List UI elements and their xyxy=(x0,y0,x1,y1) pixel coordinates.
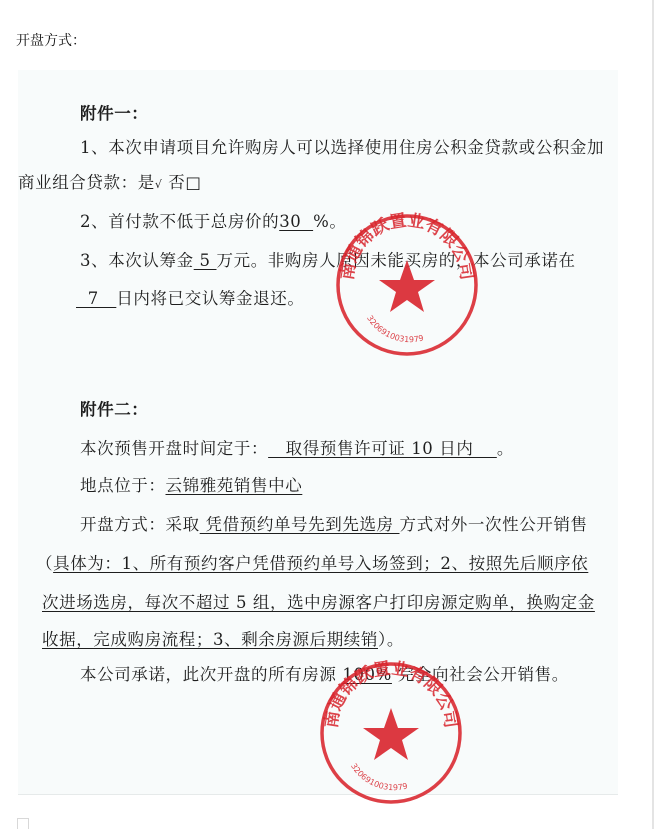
detail-line3: 收据，完成购房流程；3、剩余房源后期续销）。 xyxy=(42,626,404,650)
item1-no-label: 否 xyxy=(162,173,185,192)
down-payment-percent: 30 xyxy=(279,212,313,231)
location: 地点位于：云锦雅苑销售中心 xyxy=(80,472,302,496)
refund-days: 7 xyxy=(76,289,116,308)
attachment1-item1-line2: 商业组合贷款：是√ 否□ xyxy=(18,169,202,193)
detail-line1: （具体为：1、所有预约客户凭借预约单号入场签到；2、按照先后顺序依 xyxy=(36,550,588,574)
item1-prefix: 商业组合贷款：是 xyxy=(18,173,155,192)
detail-line2-text: 次进场选房，每次不超过 5 组，选中房源客户打印房源定购单，换购定金 xyxy=(42,593,595,612)
item2-suffix: %。 xyxy=(313,212,346,231)
item3-prefix: 3、本次认筹金 xyxy=(80,251,194,270)
item3-line2-suffix: 日内将已交认筹金退还。 xyxy=(116,289,304,308)
commit-suffix: 完全向社会公开销售。 xyxy=(398,665,569,684)
commitment: 本公司承诺，此次开盘的所有房源 100% 完全向社会公开销售。 xyxy=(80,661,569,685)
detail-close: ）。 xyxy=(378,630,404,649)
location-prefix: 地点位于： xyxy=(80,476,166,495)
opening-method-value: 凭借预约单号先到先选房 xyxy=(200,515,400,534)
page-label: 开盘方式： xyxy=(16,30,86,50)
time-suffix: 。 xyxy=(497,439,514,458)
item3-suffix: 万元。非购房人原因未能买房的，本公司承诺在 xyxy=(217,251,576,270)
no-checkbox-icon: □ xyxy=(185,173,201,192)
commit-prefix: 本公司承诺，此次开盘的所有房源 xyxy=(80,665,337,684)
opening-method: 开盘方式：采取 凭借预约单号先到先选房 方式对外一次性公开销售 xyxy=(80,511,588,535)
attachment1-heading: 附件一： xyxy=(80,100,148,124)
time-prefix: 本次预售开盘时间定于： xyxy=(80,439,268,458)
detail-line2: 次进场选房，每次不超过 5 组，选中房源客户打印房源定购单，换购定金 xyxy=(42,589,595,613)
location-value: 云锦雅苑销售中心 xyxy=(166,476,303,495)
commit-percent: 100% xyxy=(342,665,392,684)
detail-line3-text: 收据，完成购房流程；3、剩余房源后期续销 xyxy=(42,630,378,649)
item2-prefix: 2、首付款不低于总房价的 xyxy=(80,212,279,231)
opening-time: 本次预售开盘时间定于： 取得预售许可证 10 日内 。 xyxy=(80,435,514,459)
page-corner-mark xyxy=(17,818,29,829)
attachment1-item2: 2、首付款不低于总房价的30 %。 xyxy=(80,208,346,232)
detail-open: （ xyxy=(36,554,53,573)
detail-line1-text: 具体为：1、所有预约客户凭借预约单号入场签到；2、按照先后顺序依 xyxy=(53,554,588,573)
method-prefix: 开盘方式：采取 xyxy=(80,515,200,534)
attachment1-item1-line1: 1、本次申请项目允许购房人可以选择使用住房公积金贷款或公积金加 xyxy=(80,134,604,158)
deposit-amount: 5 xyxy=(194,251,217,270)
method-suffix: 方式对外一次性公开销售 xyxy=(400,515,588,534)
attachment2-heading: 附件二： xyxy=(80,396,148,420)
right-border xyxy=(652,0,654,829)
attachment1-item3-line2: 7 日内将已交认筹金退还。 xyxy=(76,285,304,309)
opening-time-value: 取得预售许可证 10 日内 xyxy=(268,439,497,458)
attachment1-item3: 3、本次认筹金 5 万元。非购房人原因未能买房的，本公司承诺在 xyxy=(80,247,576,271)
